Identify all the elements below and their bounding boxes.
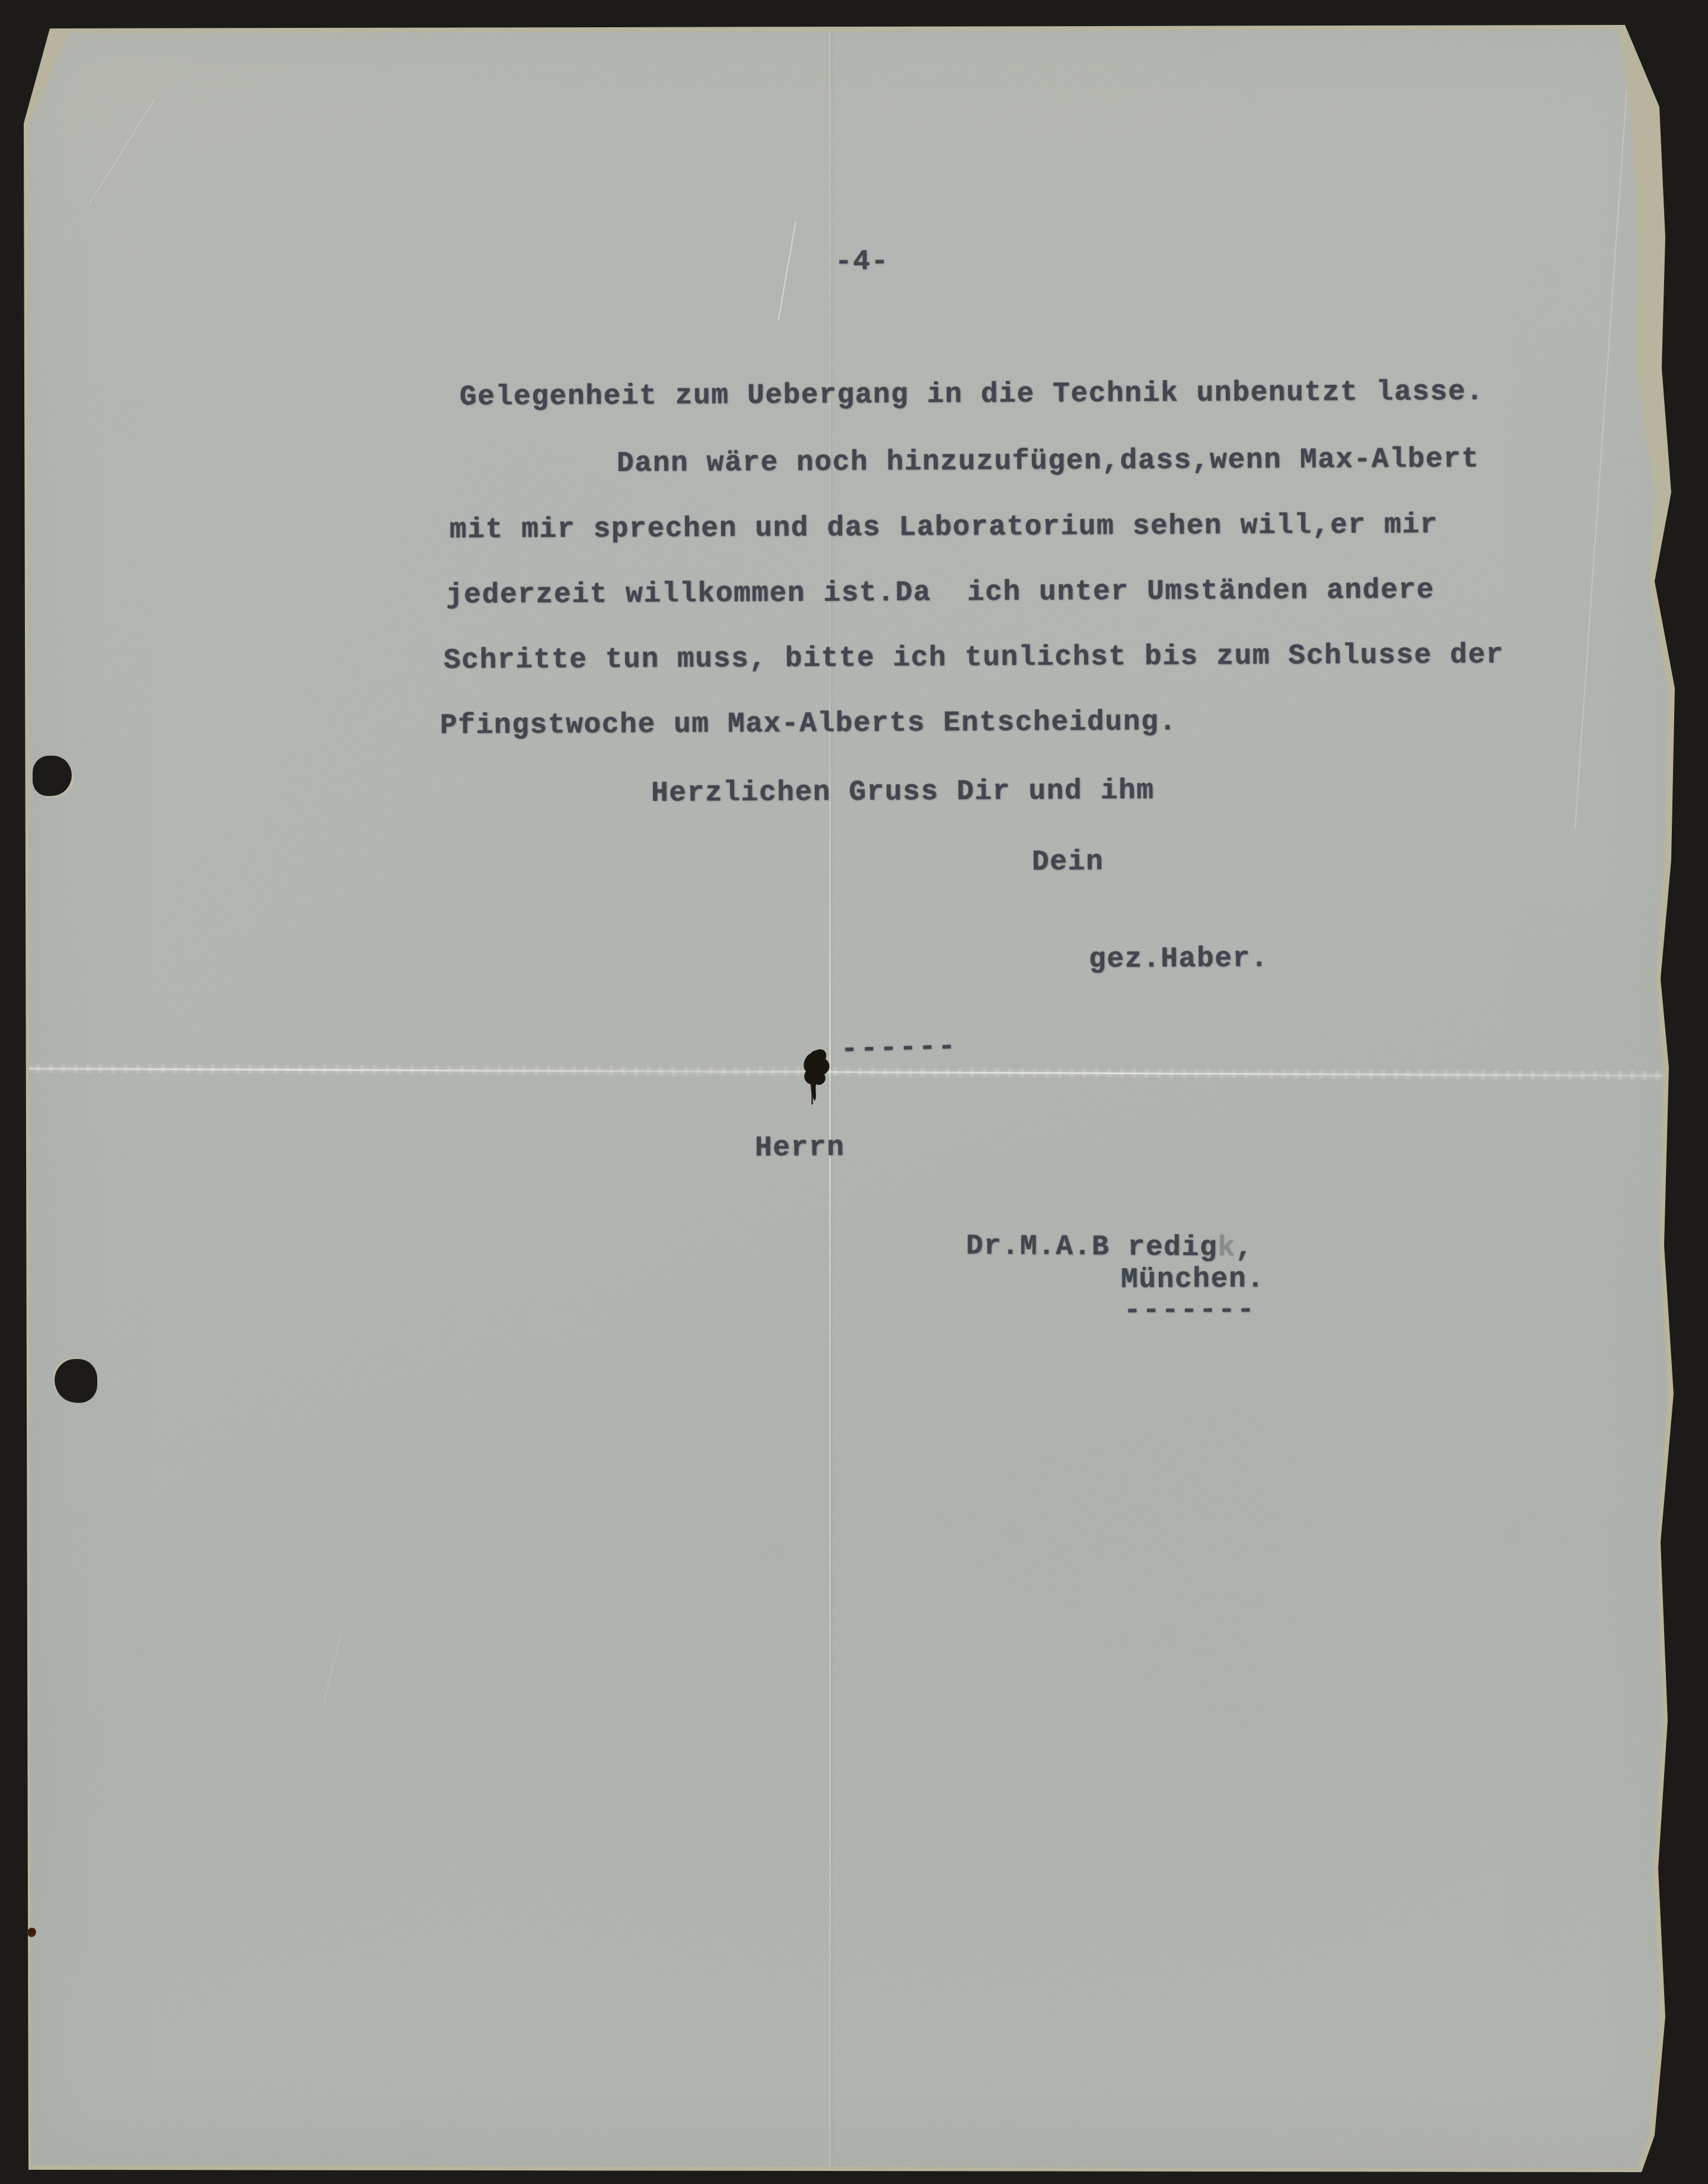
paper-texture xyxy=(0,0,1708,2184)
recipient-name-main: Dr.M.A.B redig xyxy=(966,1230,1218,1264)
body-line: Dann wäre noch hinzuzufügen,dass,wenn Ma… xyxy=(617,442,1480,480)
body-line: jederzeit willkommen ist.Da ich unter Um… xyxy=(446,574,1435,612)
separator-dashes: ------ xyxy=(840,1030,958,1066)
page-number: -4- xyxy=(835,246,889,279)
body-line: Gelegenheit zum Uebergang in die Technik… xyxy=(460,375,1484,414)
recipient-underline-dashes: ------- xyxy=(1124,1294,1256,1327)
body-line: Schritte tun muss, bitte ich tunlichst b… xyxy=(444,639,1504,677)
recipient-city: München. xyxy=(1121,1263,1265,1297)
signature: gez.Haber. xyxy=(1089,942,1269,976)
closing-salutation: Herzlichen Gruss Dir und ihm xyxy=(651,775,1155,810)
scan-background: -4- Gelegenheit zum Uebergang in die Tec… xyxy=(0,0,1708,2184)
closing-pronoun: Dein xyxy=(1032,845,1104,879)
letter-page: -4- Gelegenheit zum Uebergang in die Tec… xyxy=(0,0,1708,2184)
punch-hole-bottom xyxy=(55,1359,97,1403)
recipient-name-comma: , xyxy=(1235,1232,1254,1264)
recipient-title: Herrn xyxy=(755,1131,845,1165)
recipient-name-faint-letter: k xyxy=(1218,1232,1236,1264)
ink-blot xyxy=(799,1048,836,1107)
body-line: Pfingstwoche um Max-Alberts Entscheidung… xyxy=(440,705,1177,743)
body-line: mit mir sprechen und das Laboratorium se… xyxy=(450,508,1438,547)
